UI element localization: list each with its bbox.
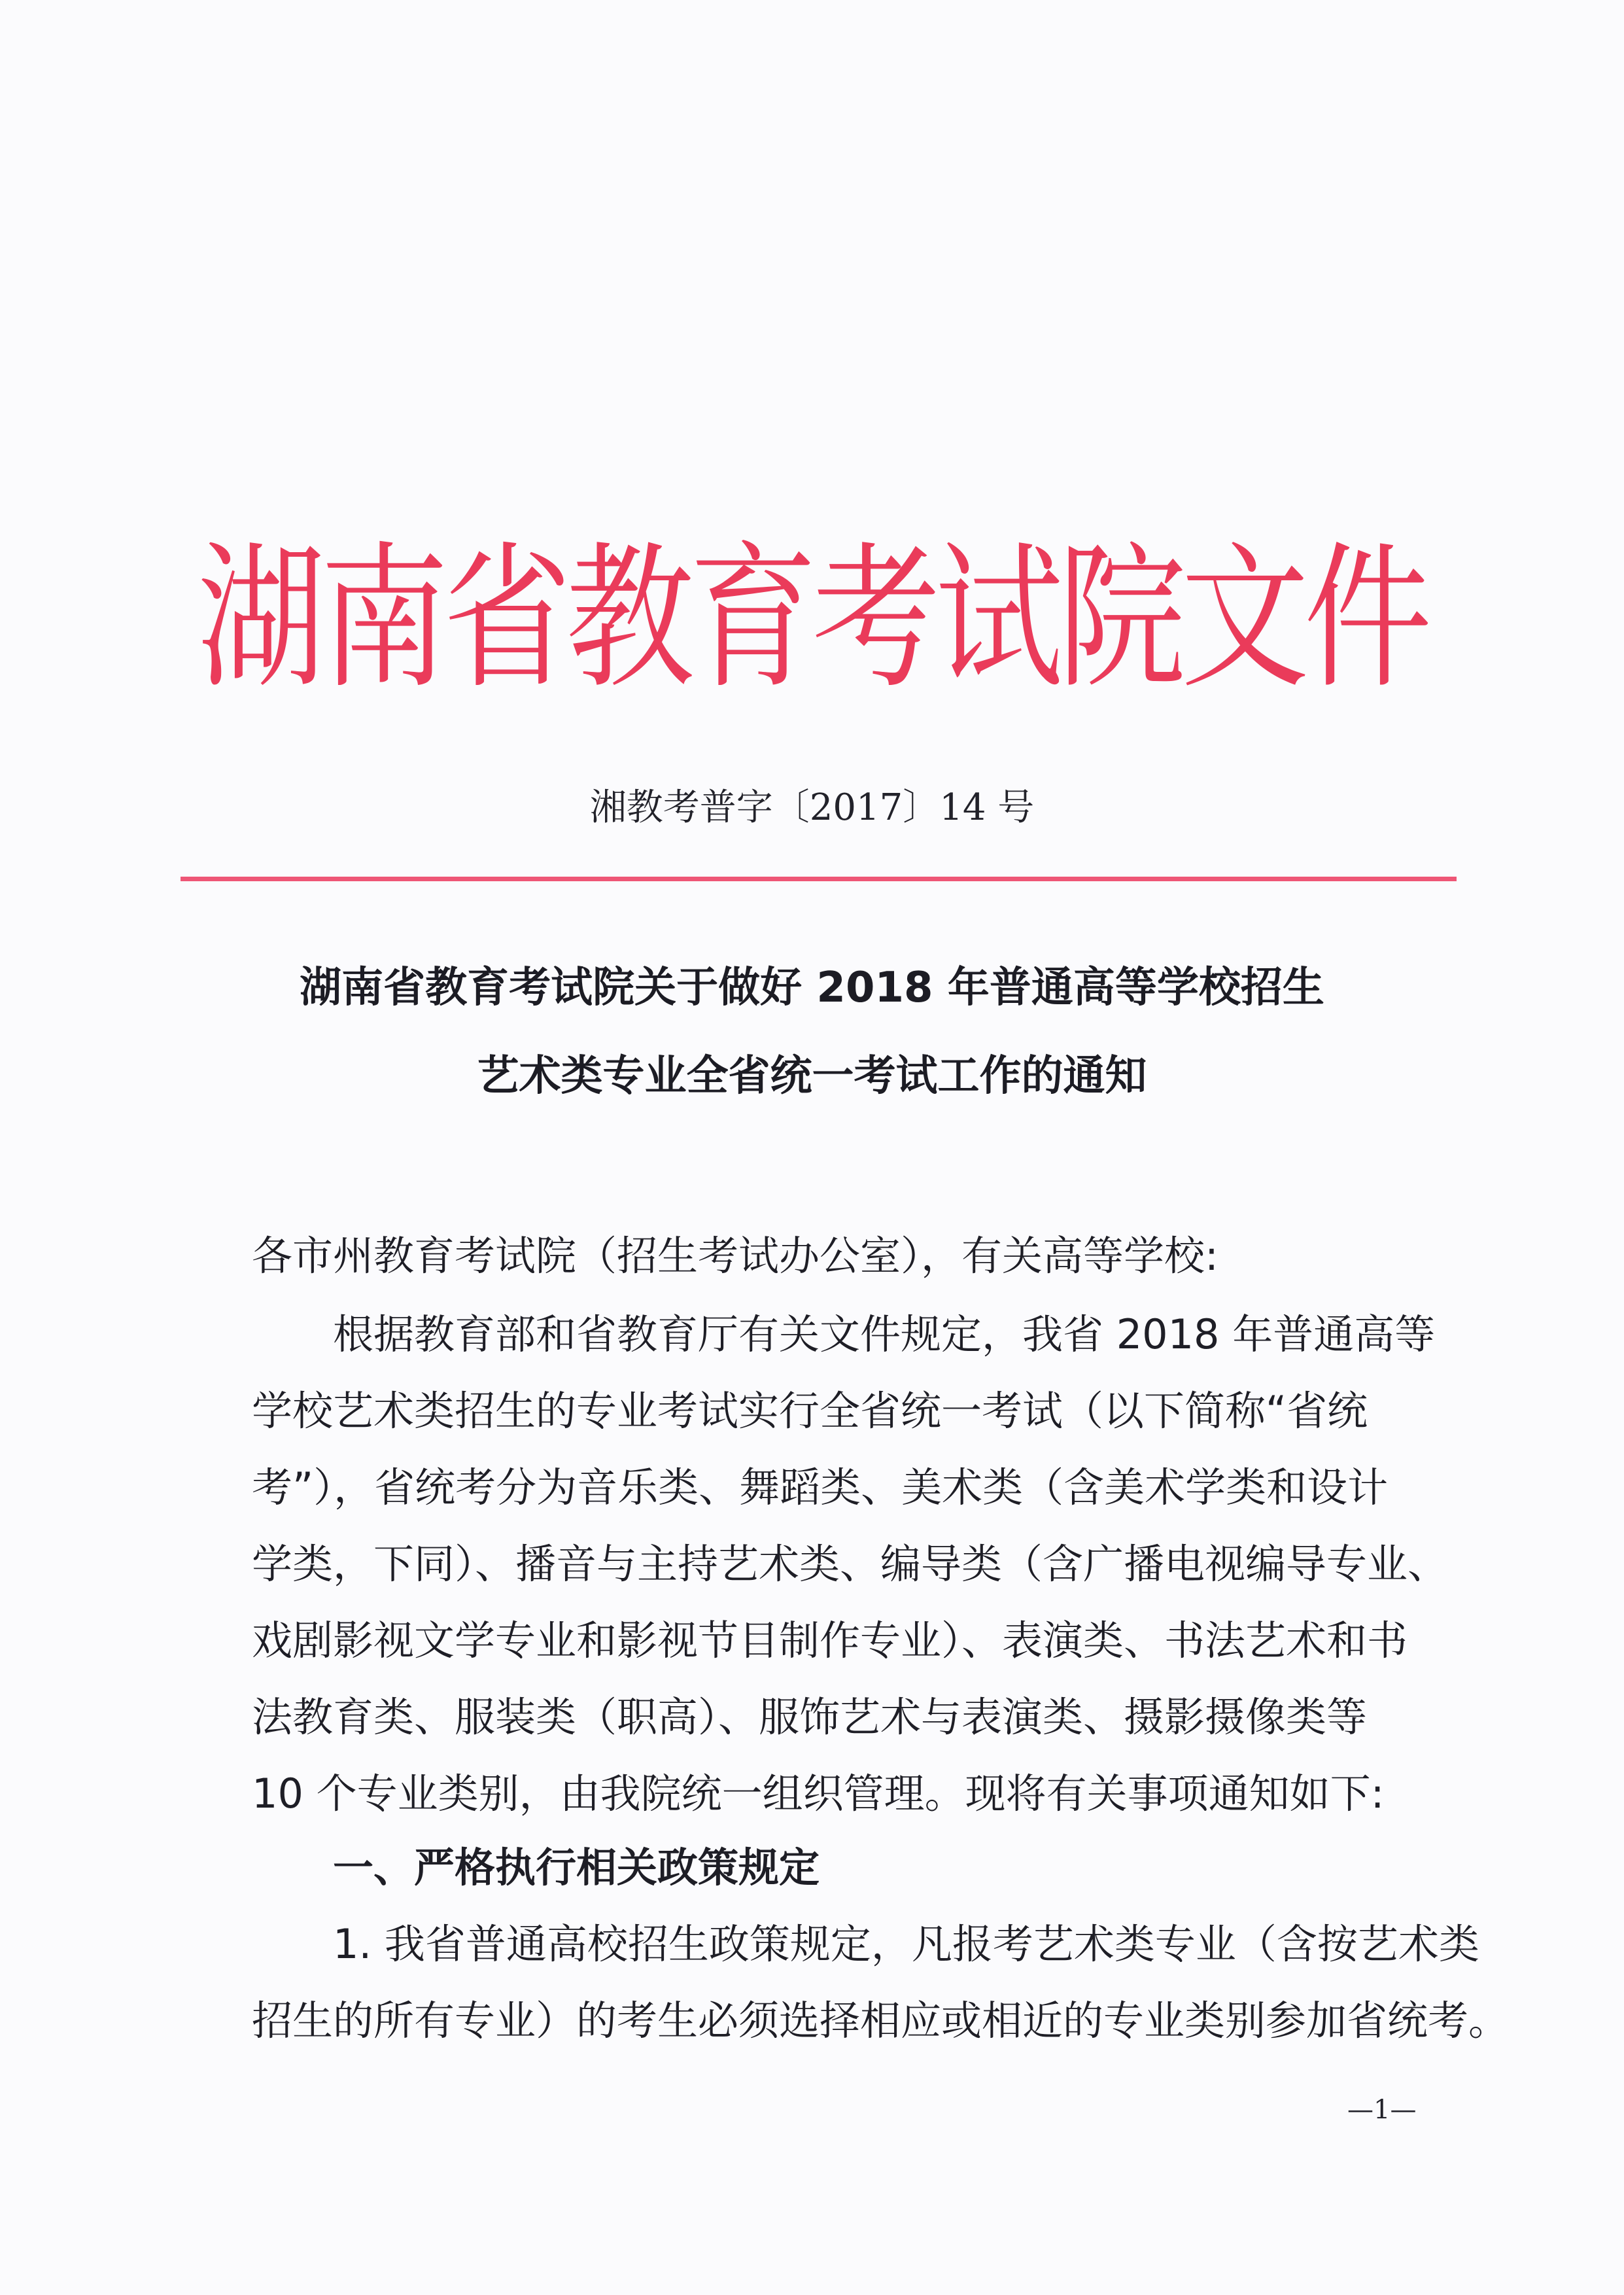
salutation: 各市州教育考试院（招生考试办公室），有关高等学校: xyxy=(252,1230,1423,1282)
body-line: 学校艺术类招生的专业考试实行全省统一考试（以下简称“省统 xyxy=(252,1385,1423,1437)
section-heading: 一、严格执行相关政策规定 xyxy=(252,1842,1423,1894)
body-line: 10 个专业类别，由我院统一组织管理。现将有关事项通知如下: xyxy=(252,1768,1423,1820)
body-line: 法教育类、服装类（职高）、服饰艺术与表演类、摄影摄像类等 xyxy=(252,1691,1423,1743)
notice-title-line-1: 湖南省教育考试院关于做好 2018 年普通高等学校招生 xyxy=(0,962,1624,1014)
item-line: 招生的所有专业）的考生必须选择相应或相近的专业类别参加省统考。 xyxy=(252,1995,1423,2047)
body-line: 考”），省统考分为音乐类、舞蹈类、美术类（含美术学类和设计 xyxy=(252,1462,1423,1514)
red-divider-rule xyxy=(181,877,1457,881)
document-number: 湘教考普字〔2017〕14 号 xyxy=(0,782,1624,834)
body-line: 戏剧影视文学专业和影视节目制作专业）、表演类、书法艺术和书 xyxy=(252,1615,1423,1667)
notice-title-line-2: 艺术类专业全省统一考试工作的通知 xyxy=(0,1050,1624,1102)
body-line: 根据教育部和省教育厅有关文件规定，我省 2018 年普通高等 xyxy=(252,1308,1423,1361)
item-line: 1. 我省普通高校招生政策规定，凡报考艺术类专业（含按艺术类 xyxy=(252,1918,1423,1971)
page-number: —1— xyxy=(1347,2094,1416,2126)
document-page: 湖南省教育考试院文件 湘教考普字〔2017〕14 号 湖南省教育考试院关于做好 … xyxy=(0,0,1624,2295)
body-line: 学类，下同）、播音与主持艺术类、编导类（含广播电视编导专业、 xyxy=(252,1538,1423,1590)
masthead-title: 湖南省教育考试院文件 xyxy=(0,523,1624,715)
